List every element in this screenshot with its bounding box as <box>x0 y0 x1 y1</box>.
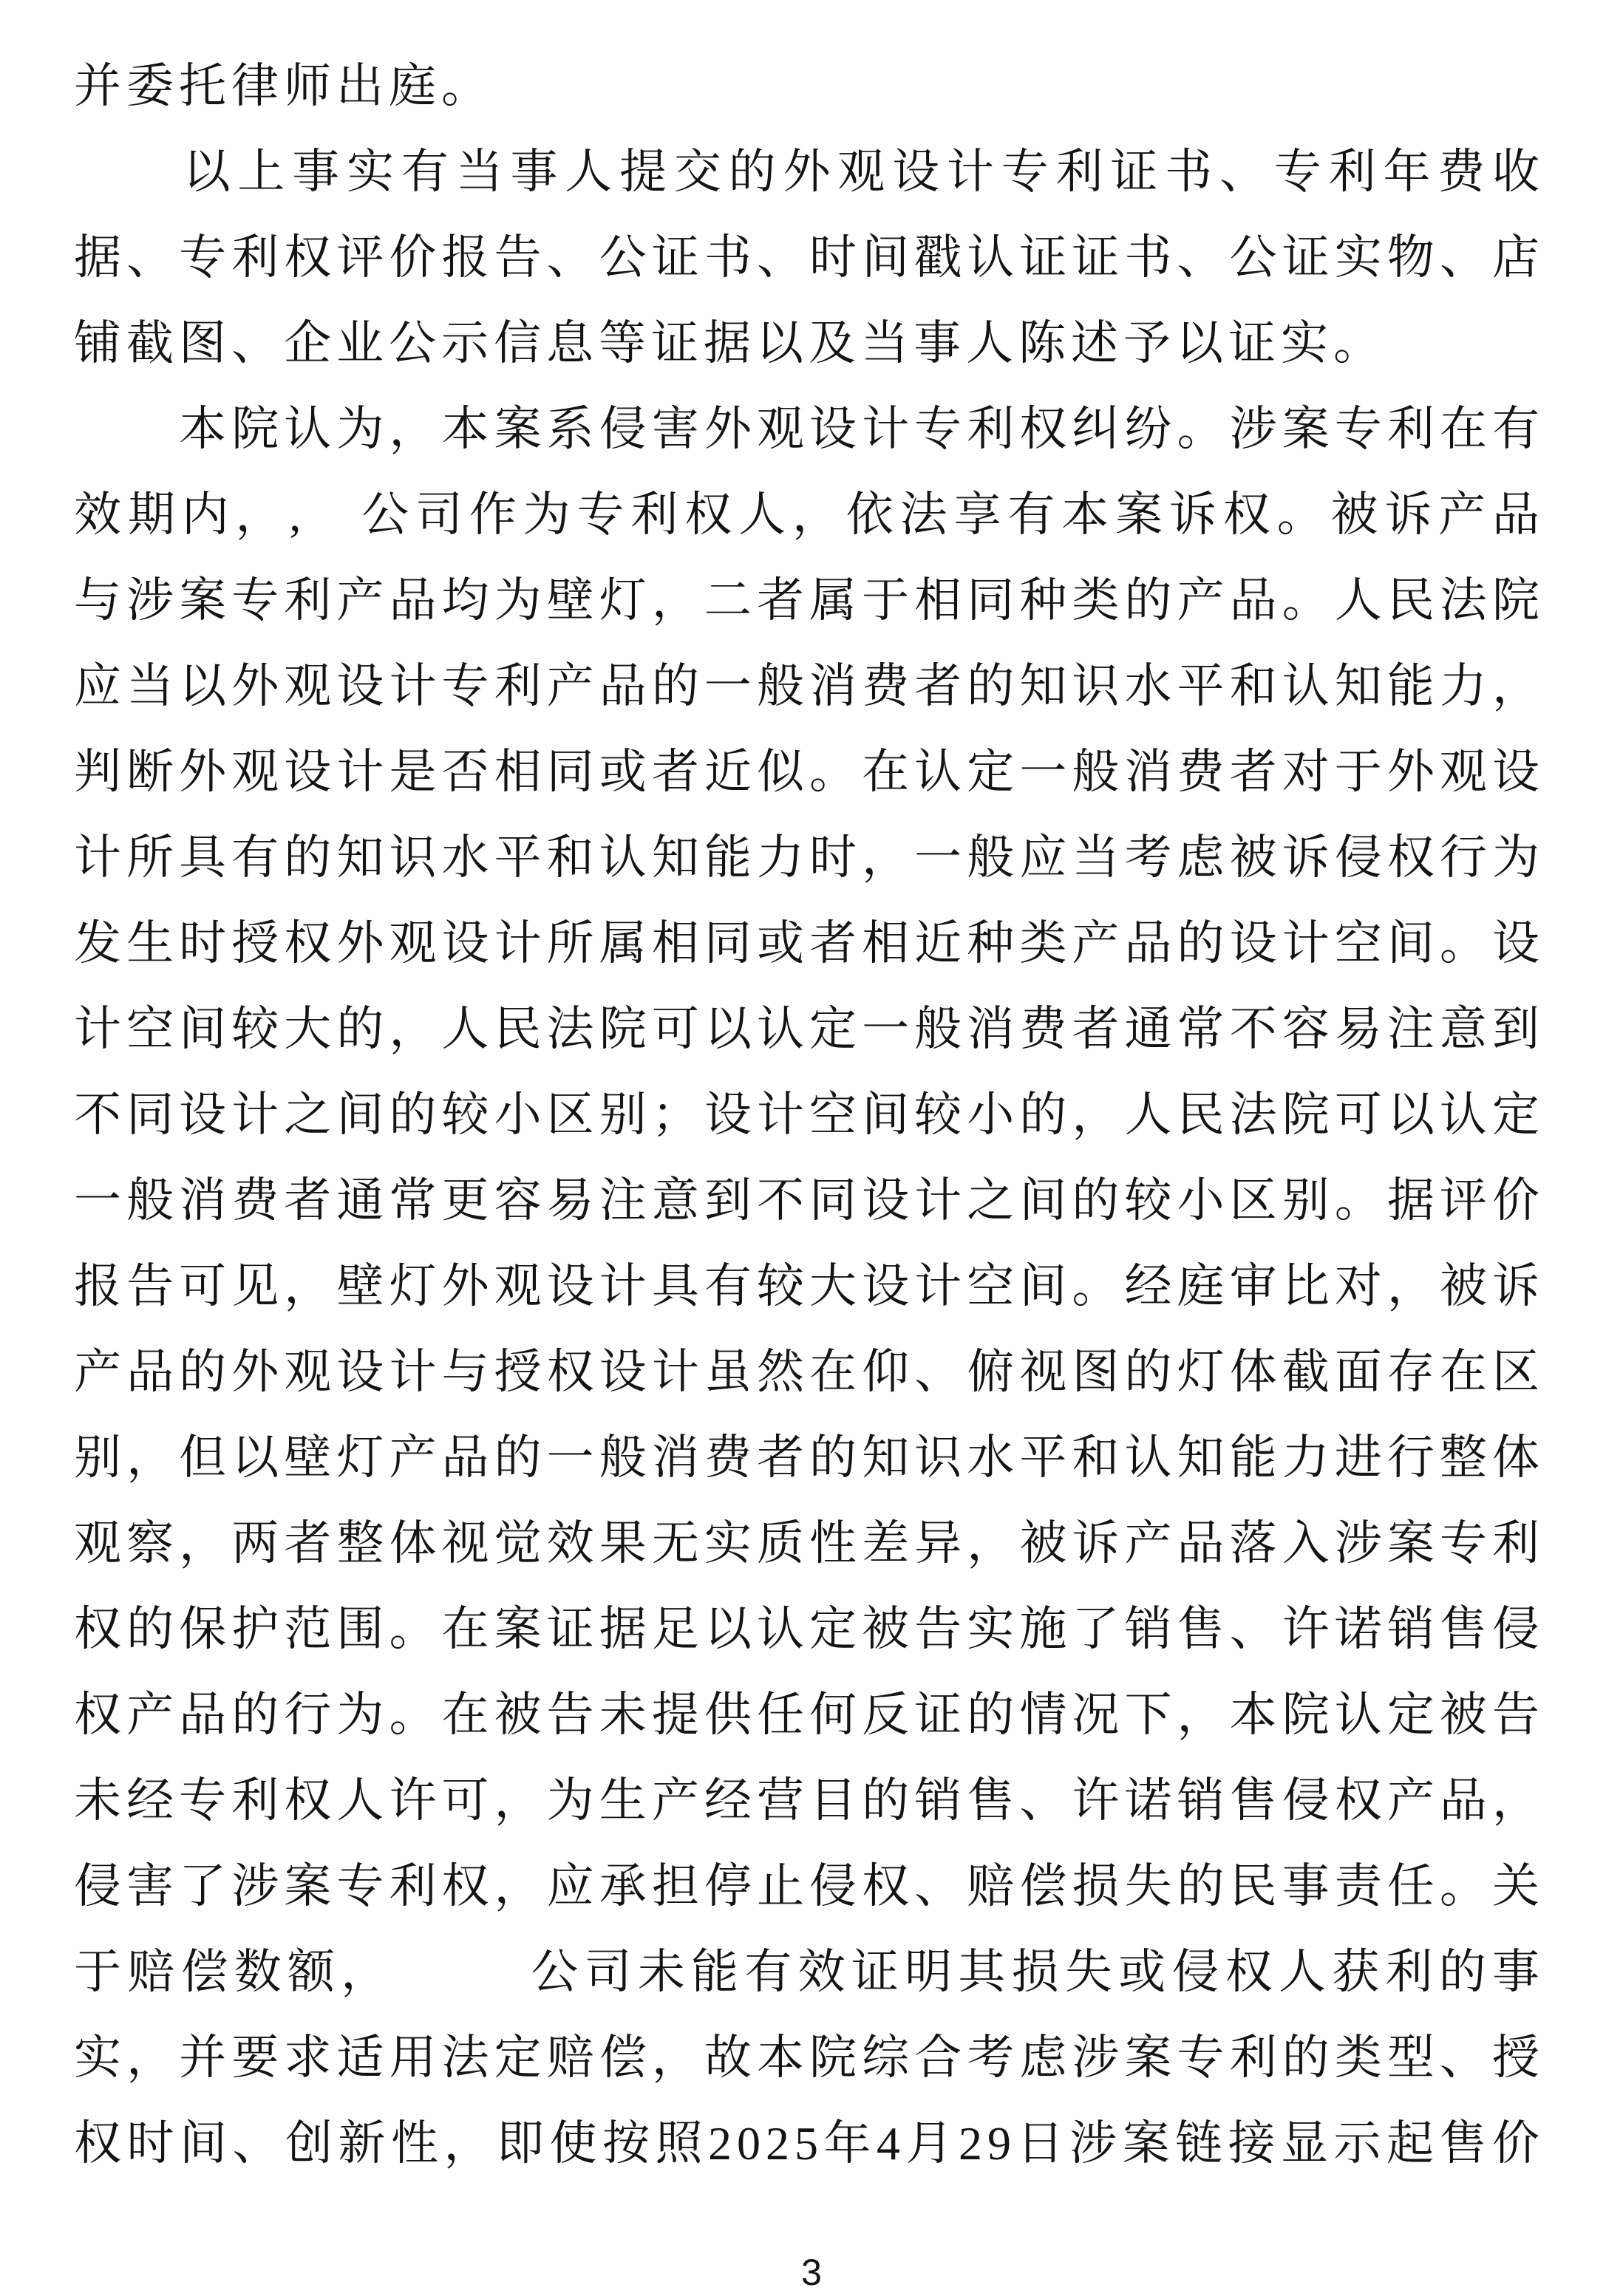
text-line: 报告可见，壁灯外观设计具有较大设计空间。经庭审比对，被诉 <box>74 1244 1545 1329</box>
text-line: 应当以外观设计专利产品的一般消费者的知识水平和认知能力， <box>74 644 1545 729</box>
text-line: 计所具有的知识水平和认知能力时，一般应当考虑被诉侵权行为 <box>74 815 1545 901</box>
text-line: 判断外观设计是否相同或者近似。在认定一般消费者对于外观设 <box>74 729 1545 815</box>
text-line: 以上事实有当事人提交的外观设计专利证书、专利年费收 <box>74 129 1545 215</box>
text-line-redacted-party: 效期内，, 公司作为专利权人，依法享有本案诉权。被诉产品 <box>74 472 1545 558</box>
judgment-page: 并委托律师出庭。 以上事实有当事人提交的外观设计专利证书、专利年费收 据、专利权… <box>0 0 1623 2296</box>
text-line: 铺截图、企业公示信息等证据以及当事人陈述予以证实。 <box>74 301 1545 386</box>
text-line: 并委托律师出庭。 <box>74 44 1545 129</box>
text-line: 本院认为，本案系侵害外观设计专利权纠纷。涉案专利在有 <box>74 386 1545 472</box>
text-line: 权的保护范围。在案证据足以认定被告实施了销售、许诺销售侵 <box>74 1587 1545 1672</box>
text-line: 权时间、创新性，即使按照2025年4月29日涉案链接显示起售价 <box>74 2101 1545 2187</box>
text-line: 一般消费者通常更容易注意到不同设计之间的较小区别。据评价 <box>74 1158 1545 1244</box>
text-line: 权产品的行为。在被告未提供任何反证的情况下，本院认定被告 <box>74 1672 1545 1758</box>
text-line: 不同设计之间的较小区别；设计空间较小的，人民法院可以认定 <box>74 1072 1545 1158</box>
text-line: 计空间较大的，人民法院可以认定一般消费者通常不容易注意到 <box>74 987 1545 1072</box>
text-line: 别，但以壁灯产品的一般消费者的知识水平和认知能力进行整体 <box>74 1415 1545 1501</box>
text-line: 据、专利权评价报告、公证书、时间戳认证证书、公证实物、店 <box>74 215 1545 301</box>
text-line: 未经专利权人许可，为生产经营目的销售、许诺销售侵权产品， <box>74 1758 1545 1844</box>
text-line: 发生时授权外观设计所属相同或者相近种类产品的设计空间。设 <box>74 901 1545 987</box>
text-line: 产品的外观设计与授权设计虽然在仰、俯视图的灯体截面存在区 <box>74 1329 1545 1415</box>
text-line: 观察，两者整体视觉效果无实质性差异，被诉产品落入涉案专利 <box>74 1501 1545 1587</box>
text-line-redacted-party: 于赔偿数额， 公司未能有效证明其损失或侵权人获利的事 <box>74 1929 1545 2015</box>
page-number: 3 <box>0 2252 1623 2293</box>
text-line: 与涉案专利产品均为壁灯，二者属于相同种类的产品。人民法院 <box>74 558 1545 644</box>
text-line: 侵害了涉案专利权，应承担停止侵权、赔偿损失的民事责任。关 <box>74 1844 1545 1929</box>
body-text: 并委托律师出庭。 以上事实有当事人提交的外观设计专利证书、专利年费收 据、专利权… <box>74 44 1545 2187</box>
text-line: 实，并要求适用法定赔偿，故本院综合考虑涉案专利的类型、授 <box>74 2015 1545 2101</box>
